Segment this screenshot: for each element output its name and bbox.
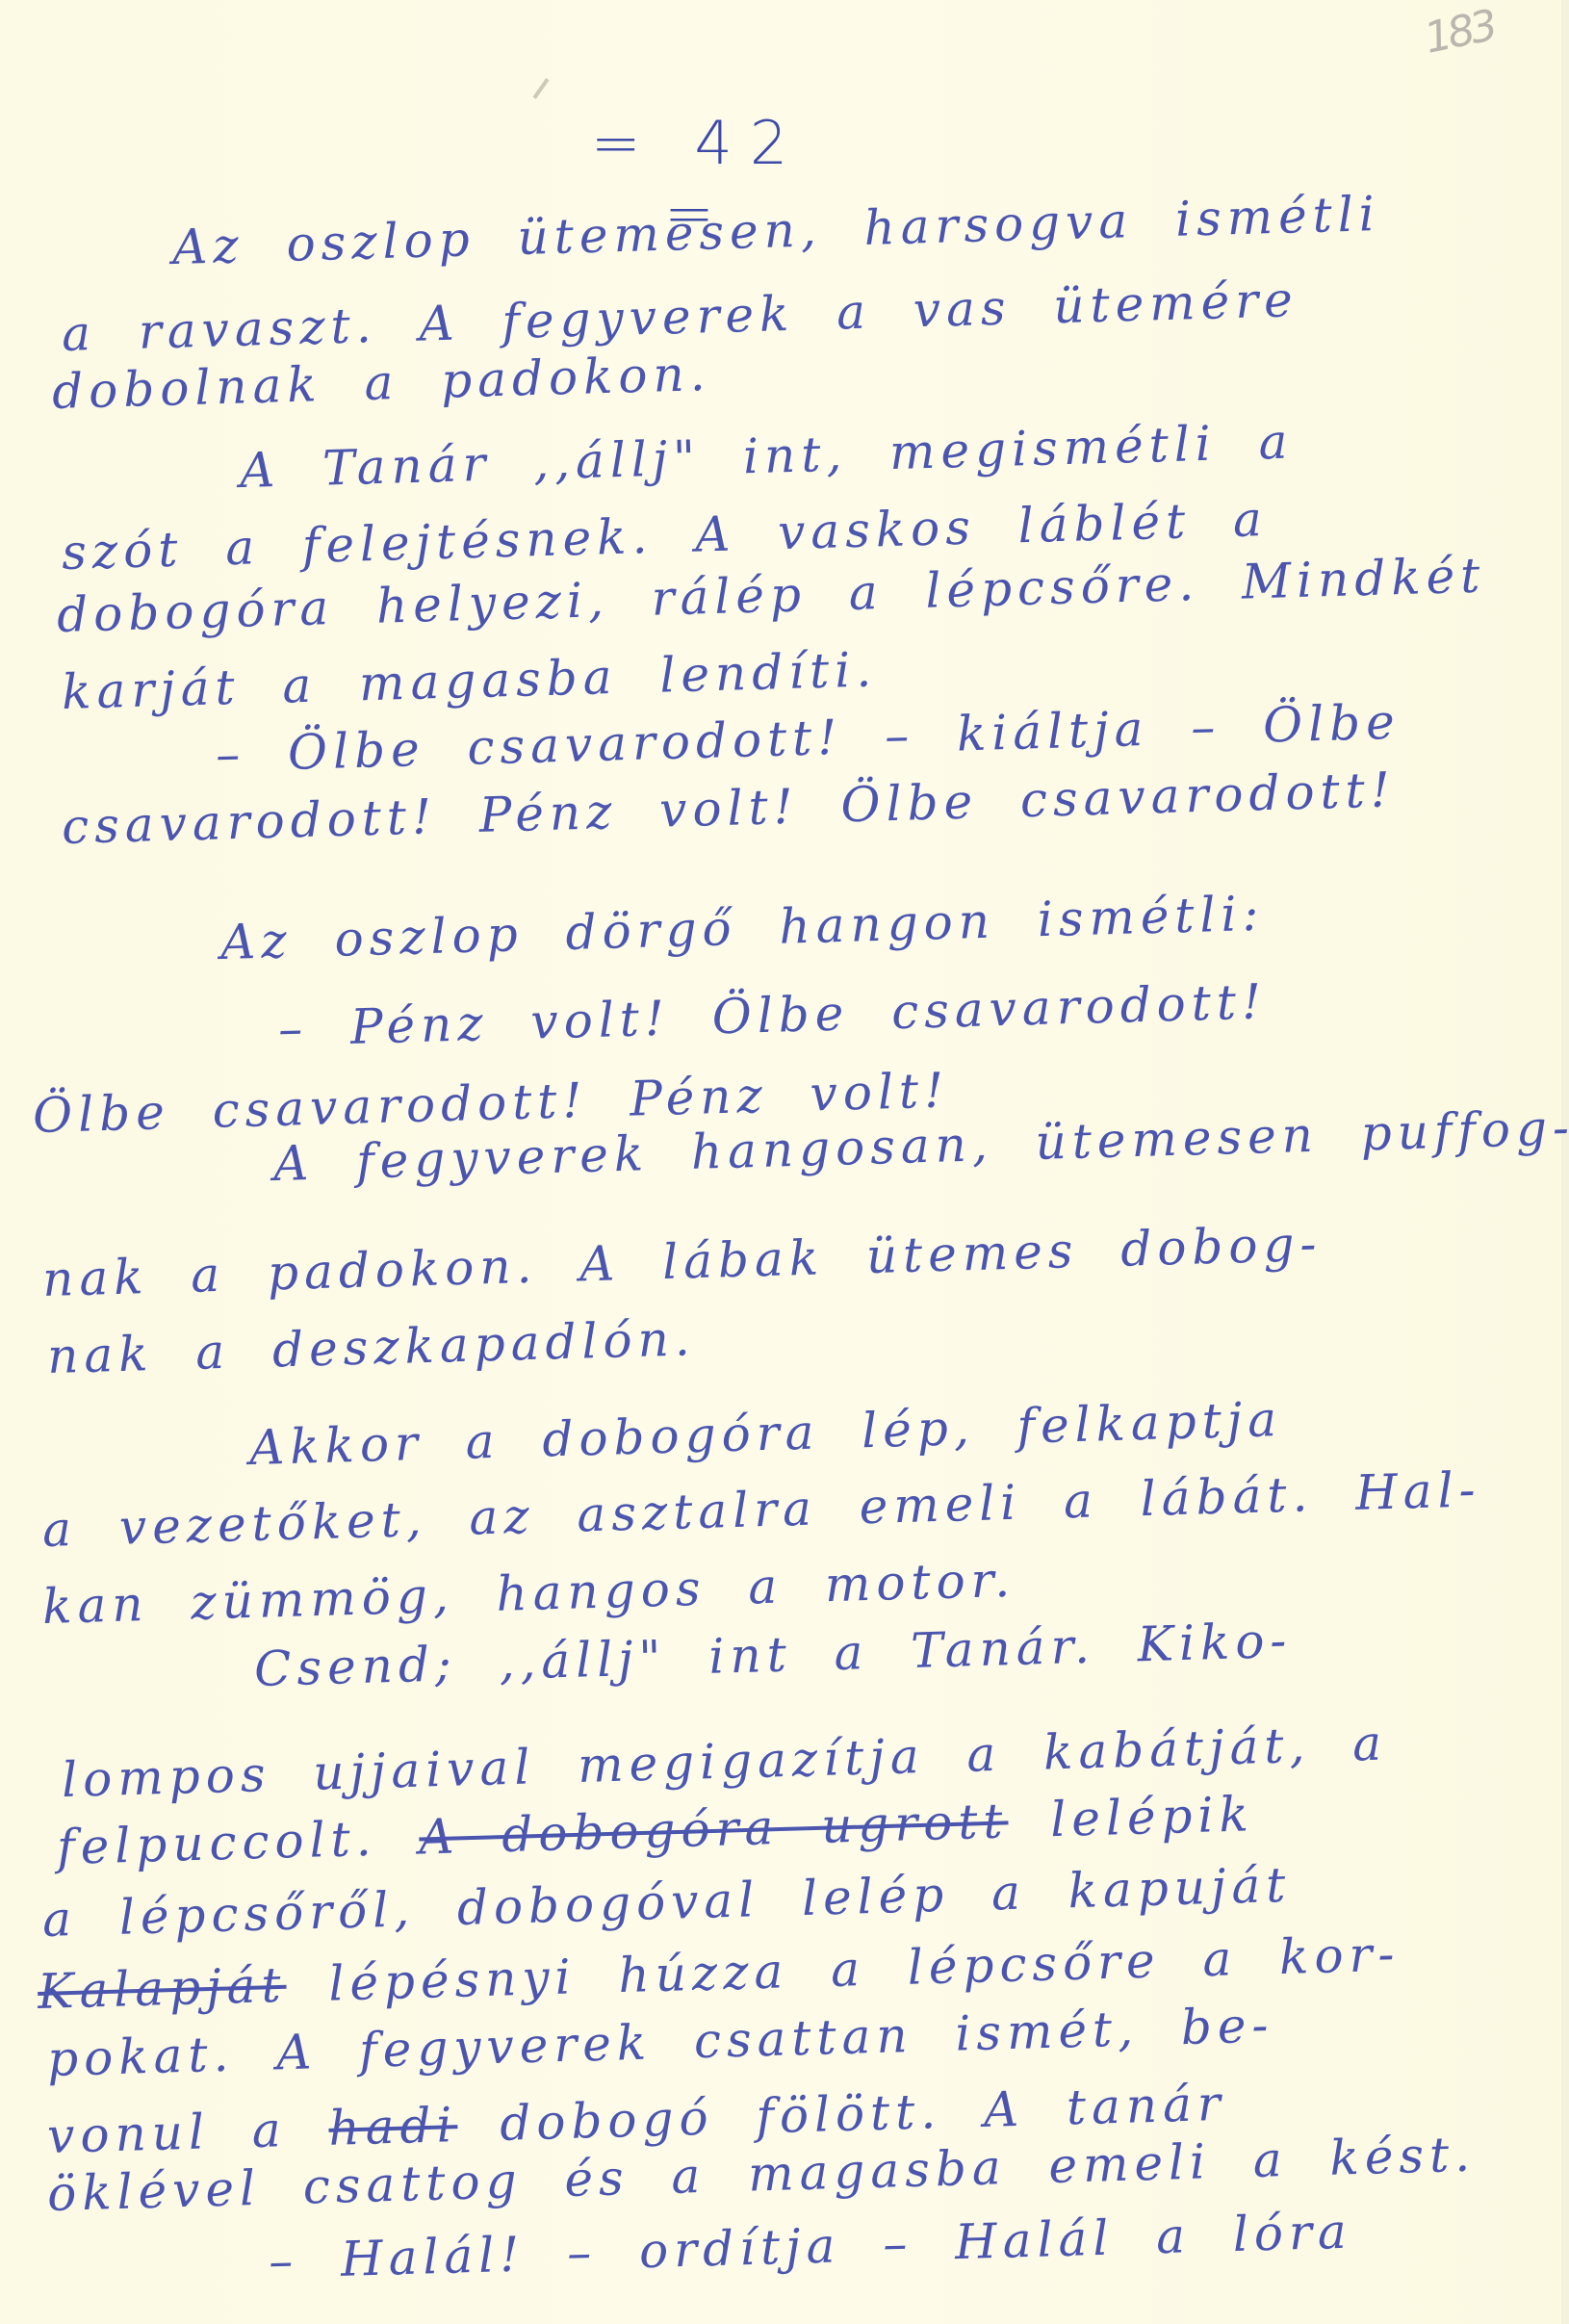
manuscript-line: – Pénz volt! Ölbe csavarodott! [277,973,1267,1057]
manuscript-line: Csend; ,,állj" int a Tanár. Kiko- [253,1613,1293,1697]
struck-text: hadi [328,2097,459,2156]
manuscript-line: karját a magasba lendíti. [61,641,877,720]
folio-number: 183 [1420,1,1498,64]
manuscript-line: A Tanár ,,állj" int, megismétli a [239,413,1294,499]
pencil-mark [532,78,549,99]
struck-text: A dobogóra ugrott [419,1793,1010,1865]
manuscript-line: – Halál! – ordítja – Halál a lóra [268,2204,1352,2289]
manuscript-line: Az oszlop dörgő hangon ismétli: [219,886,1265,970]
manuscript-line: nak a padokon. A lábak ütemes dobog- [41,1216,1323,1307]
manuscript-line: Akkor a dobogóra lép, felkaptja [248,1391,1282,1476]
manuscript-page: 183 = 42 = Az oszlop ütemesen, harsogva … [0,0,1569,2324]
struck-text: Kalapját [37,1957,287,2020]
page-edge [1561,0,1569,2324]
manuscript-line: kan zümmög, hangos a motor. [41,1552,1016,1635]
manuscript-line: a vezetőket, az asztalra emeli a lábát. … [41,1461,1481,1558]
manuscript-line: nak a deszkapadlón. [46,1310,696,1384]
